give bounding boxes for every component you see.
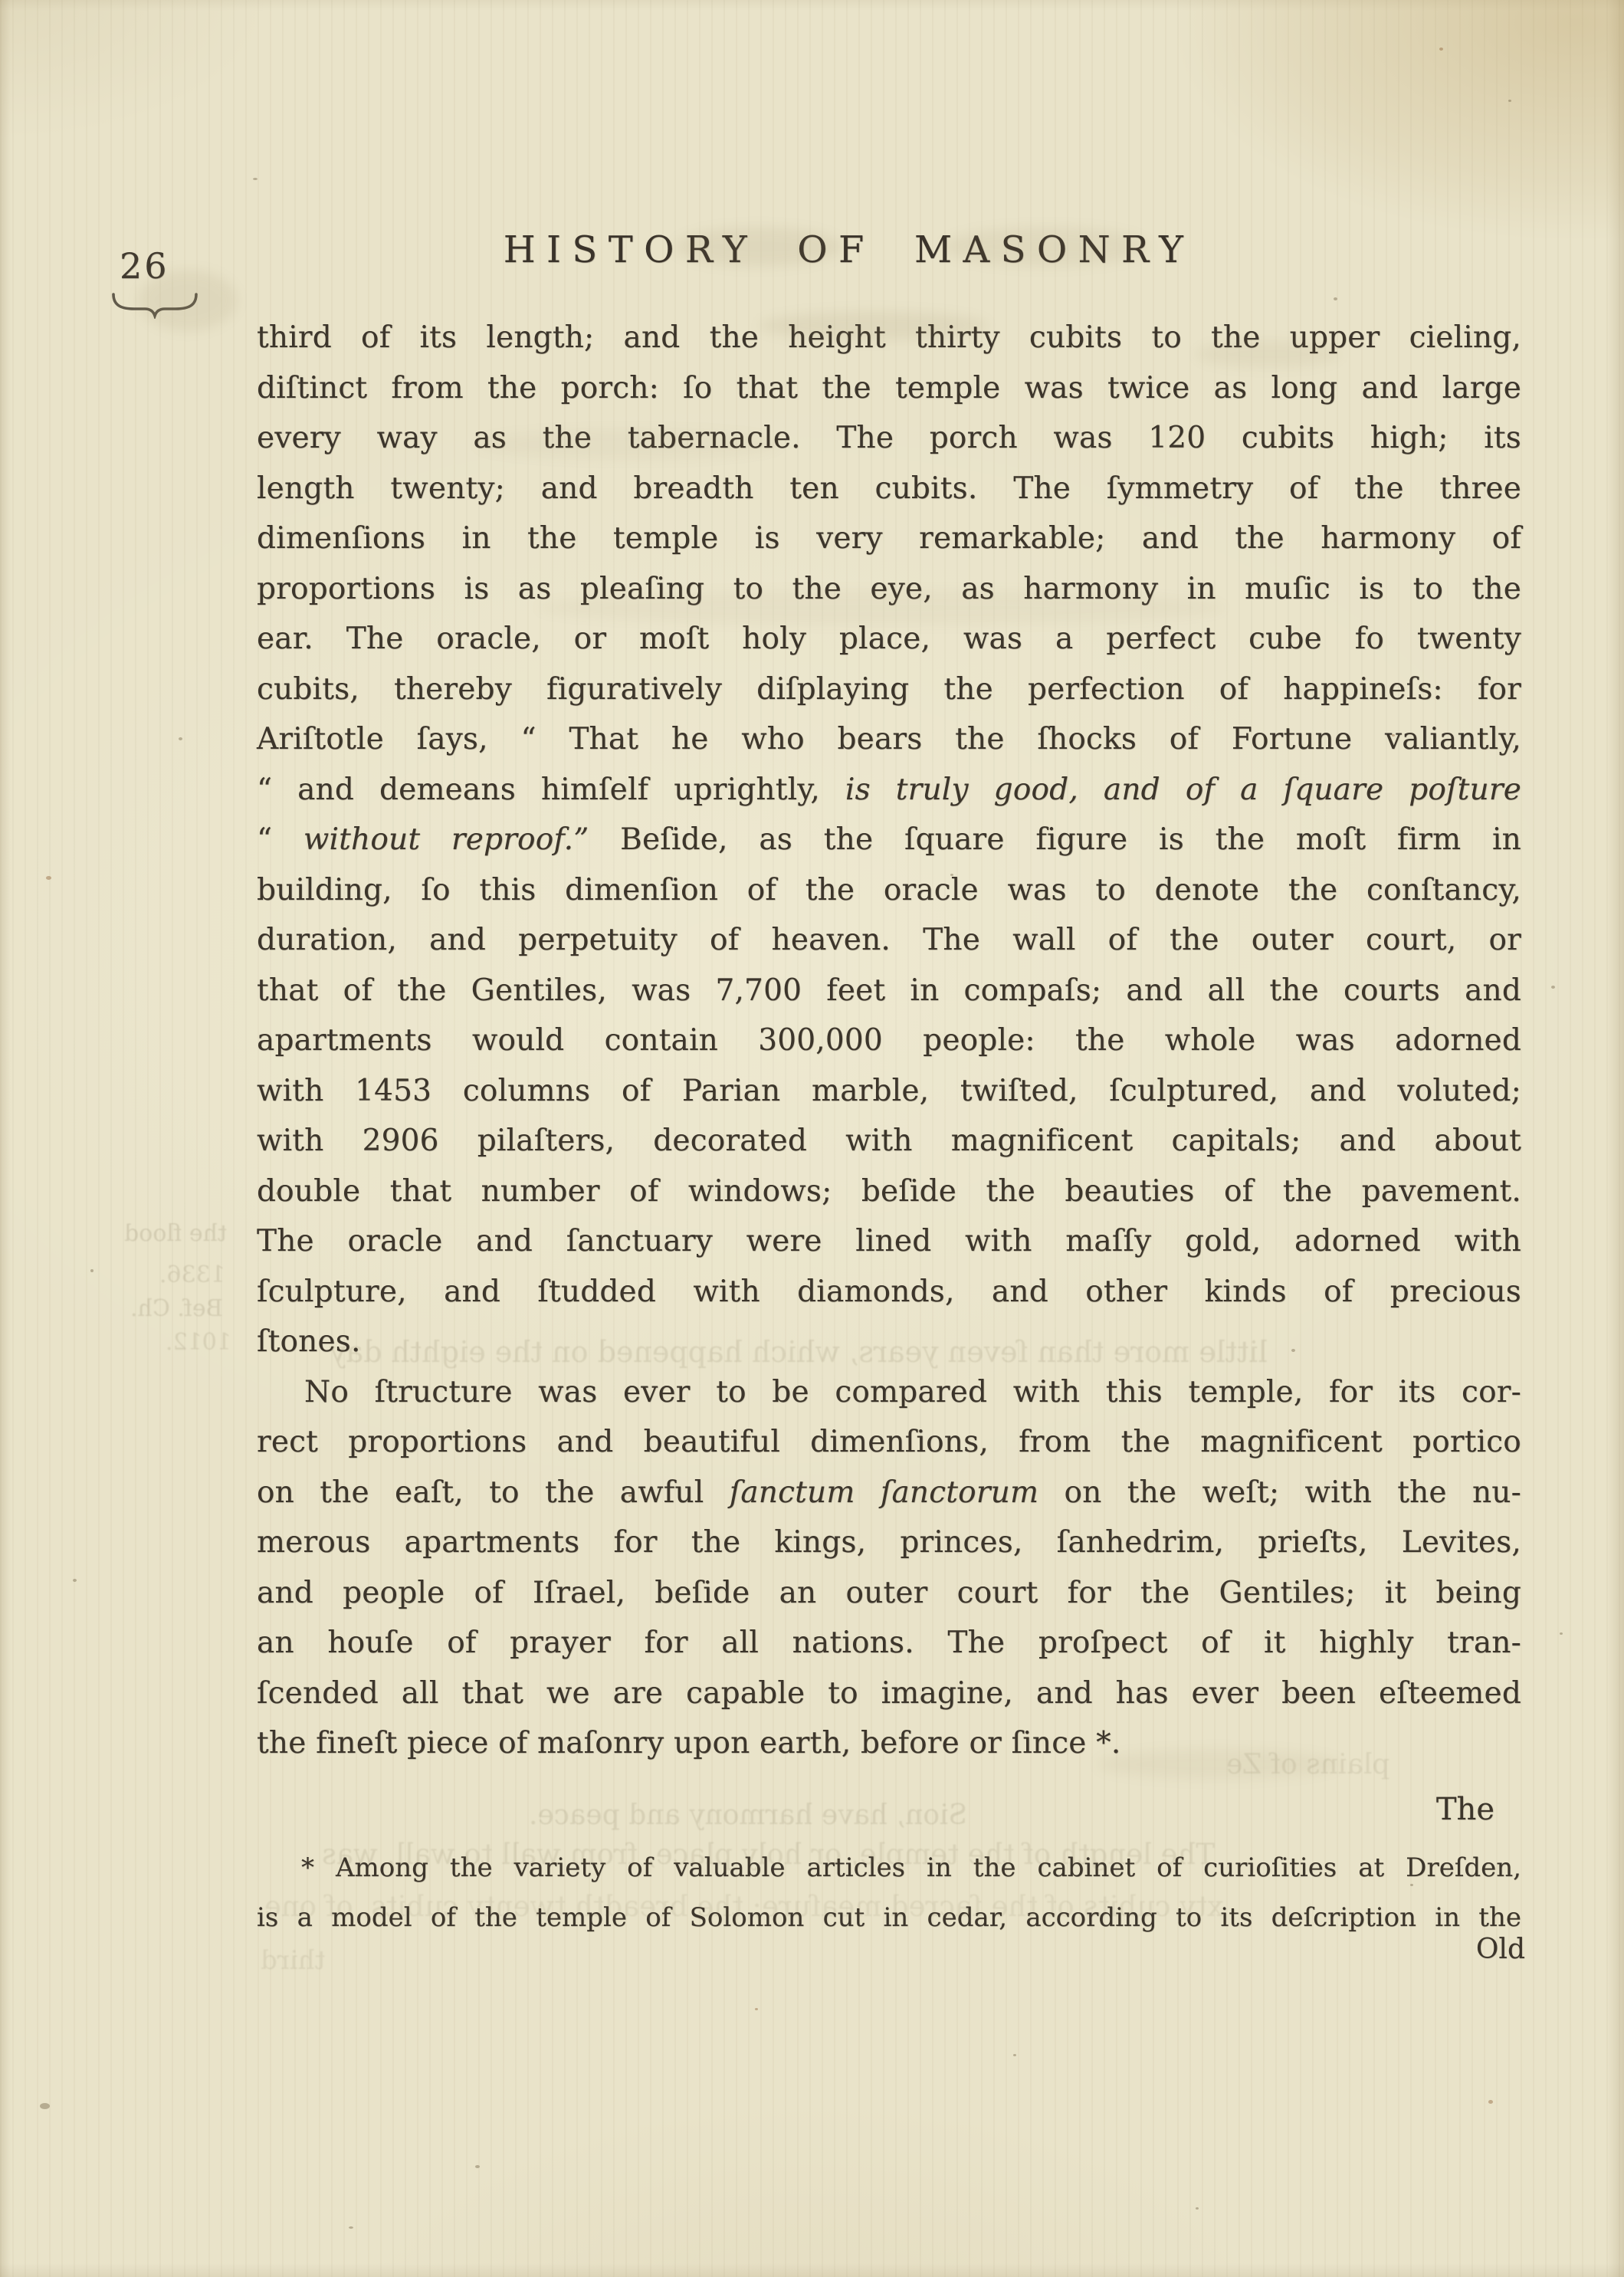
body-text-line-segment: and people of Iſrael, beſide an outer co… <box>257 1576 1521 1610</box>
paper-smudge <box>536 590 1226 625</box>
catchword: The <box>1226 1792 1494 1827</box>
body-text-line-segment: No ſtructure was ever to be compared wit… <box>304 1375 1521 1409</box>
body-text-line: dimenſions in the temple is very remarka… <box>257 513 1521 564</box>
body-text-line: and people of Iſrael, beſide an outer co… <box>257 1568 1521 1619</box>
paper-smudge <box>943 227 1150 267</box>
book-page: 26 HISTORY OF MASONRY third of its lengt… <box>0 0 1624 2277</box>
paper-speck <box>1439 48 1443 51</box>
bleedthrough-text: the flood <box>124 1220 227 1247</box>
paper-speck <box>1291 1349 1295 1352</box>
body-text-line: No ſtructure was ever to be compared wit… <box>257 1367 1521 1418</box>
body-text-line: cubits, thereby figuratively diſplaying … <box>257 664 1521 715</box>
paper-speck <box>1392 734 1395 737</box>
body-text-line: ſculpture, and ſtudded with diamonds, an… <box>257 1267 1521 1317</box>
paper-speck <box>1143 533 1147 536</box>
body-text: third of its length; and the height thir… <box>257 313 1521 1769</box>
bleedthrough-text: The length of the temple, or holy place,… <box>322 1838 1215 1871</box>
body-text-line-segment: every way as the tabernacle. The porch w… <box>257 421 1521 455</box>
body-text-line: building, ſo this dimenſion of the oracl… <box>257 865 1521 916</box>
body-text-line-segment: length twenty; and breadth ten cubits. T… <box>257 471 1521 506</box>
paper-speck <box>276 1192 280 1195</box>
body-text-line-segment: Beſide, as the ſquare figure is the moſt… <box>589 822 1521 857</box>
body-text-line-segment: rect proportions and beautiful dimenſion… <box>257 1425 1521 1459</box>
paper-speck <box>253 178 258 180</box>
body-text-line: duration, and perpetuity of heaven. The … <box>257 915 1521 966</box>
body-text-line-italic: is truly good, and of a ſquare poſture <box>845 773 1521 807</box>
body-text-line-segment: The oracle and ſanctuary were lined with… <box>257 1224 1521 1258</box>
body-text-line-segment: with 2906 pilaſters, decorated with magn… <box>257 1124 1521 1158</box>
body-text-line: ſcended all that we are capable to imagi… <box>257 1668 1521 1719</box>
paper-speck <box>1551 986 1555 989</box>
body-text-line-segment: ear. The oracle, or moſt holy place, was… <box>257 622 1521 656</box>
body-text-line-segment: cubits, thereby figuratively diſplaying … <box>257 672 1521 707</box>
body-text-line: with 2906 pilaſters, decorated with magn… <box>257 1116 1521 1166</box>
paper-smudge <box>674 227 843 267</box>
paper-speck <box>73 1579 77 1582</box>
bleedthrough-text: 1336. <box>159 1262 225 1288</box>
running-header-title: HISTORY OF MASONRY <box>257 228 1441 271</box>
body-text-line-segment: duration, and perpetuity of heaven. The … <box>257 923 1521 957</box>
body-text-line-segment: “ and demeans himſelf uprightly, <box>257 773 845 807</box>
body-text-line: on the eaſt, to the awful ſanctum ſancto… <box>257 1468 1521 1518</box>
paper-speck <box>179 737 182 740</box>
paper-smudge <box>475 429 782 460</box>
bleedthrough-text: little more than ſeven years, which happ… <box>330 1335 1268 1369</box>
body-text-line-segment: on the eaſt, to the awful <box>257 1475 730 1510</box>
paper-speck <box>1334 297 1337 300</box>
body-text-line-segment: “ <box>257 822 303 857</box>
body-text-line: merous apartments for the kings, princes… <box>257 1517 1521 1568</box>
paper-speck <box>1488 2100 1493 2104</box>
body-text-line-segment: building, ſo this dimenſion of the oracl… <box>257 873 1521 907</box>
body-text-line-segment: ſcended all that we are capable to imagi… <box>257 1676 1521 1711</box>
footnote-catchword: Old <box>1265 1934 1525 1965</box>
paper-smudge <box>759 311 989 340</box>
paper-speck <box>1560 1632 1563 1635</box>
paper-smudge <box>1196 340 1341 368</box>
body-text-line-segment: double that number of windows; beſide th… <box>257 1174 1521 1209</box>
paper-speck <box>40 2103 50 2109</box>
body-text-line-segment: on the weſt; with the nu- <box>1038 1475 1521 1510</box>
paper-speck <box>755 2008 758 2010</box>
body-text-line: double that number of windows; beſide th… <box>257 1166 1521 1217</box>
body-text-line-segment: Ariſtotle ſays, “ That he who bears the … <box>257 722 1521 756</box>
body-text-line: length twenty; and breadth ten cubits. T… <box>257 464 1521 514</box>
body-text-line-italic: ſanctum ſanctorum <box>730 1475 1038 1510</box>
paper-speck <box>1410 1884 1413 1886</box>
paper-speck <box>46 876 51 880</box>
body-text-line: that of the Gentiles, was 7,700 feet in … <box>257 966 1521 1016</box>
body-text-line: “ without reproof.” Beſide, as the ſquar… <box>257 815 1521 865</box>
paper-speck <box>1013 2054 1016 2056</box>
body-text-line: every way as the tabernacle. The porch w… <box>257 413 1521 464</box>
body-text-line-segment: apartments would contain 300,000 people:… <box>257 1023 1521 1058</box>
bleedthrough-text: Sion, have harmony and peace. <box>529 1800 967 1831</box>
bleedthrough-text: xty cubits of the ſacred meaſure; the br… <box>264 1890 1223 1923</box>
paper-smudge <box>1096 1749 1341 1780</box>
body-text-line-segment: diſtinct from the porch: ſo that the tem… <box>257 371 1521 405</box>
body-text-line-segment: merous apartments for the kings, princes… <box>257 1525 1521 1560</box>
body-text-line: “ and demeans himſelf uprightly, is trul… <box>257 765 1521 815</box>
paper-speck <box>475 2165 480 2168</box>
body-text-line: an houſe of prayer for all nations. The … <box>257 1618 1521 1668</box>
bleedthrough-text: third <box>261 1945 325 1976</box>
paper-speck <box>628 1494 632 1497</box>
paper-speck <box>1508 100 1511 102</box>
paper-smudge <box>138 270 238 331</box>
body-text-line: Ariſtotle ſays, “ That he who bears the … <box>257 714 1521 765</box>
body-text-line-segment: an houſe of prayer for all nations. The … <box>257 1626 1521 1660</box>
bleedthrough-text: Bef. Ch. <box>130 1295 223 1322</box>
body-text-line-segment: dimenſions in the temple is very remarka… <box>257 521 1521 556</box>
body-text-line: The oracle and ſanctuary were lined with… <box>257 1216 1521 1267</box>
paper-speck <box>90 1269 94 1272</box>
body-text-line-segment: the fineſt piece of maſonry upon earth, … <box>257 1726 1120 1760</box>
paper-speck <box>1196 2207 1199 2210</box>
body-text-line-italic: without reproof.” <box>303 822 589 857</box>
paper-speck <box>349 2226 353 2229</box>
body-text-line: diſtinct from the porch: ſo that the tem… <box>257 363 1521 414</box>
bleedthrough-text: 1012. <box>166 1329 231 1356</box>
body-text-line: apartments would contain 300,000 people:… <box>257 1015 1521 1066</box>
body-text-line-segment: ſculpture, and ſtudded with diamonds, an… <box>257 1275 1521 1309</box>
body-text-line-segment: with 1453 columns of Parian marble, twiſ… <box>257 1074 1521 1108</box>
paper-speck <box>950 874 953 876</box>
body-text-line-segment: that of the Gentiles, was 7,700 feet in … <box>257 973 1521 1008</box>
body-text-line: with 1453 columns of Parian marble, twiſ… <box>257 1066 1521 1117</box>
body-text-line: rect proportions and beautiful dimenſion… <box>257 1417 1521 1468</box>
